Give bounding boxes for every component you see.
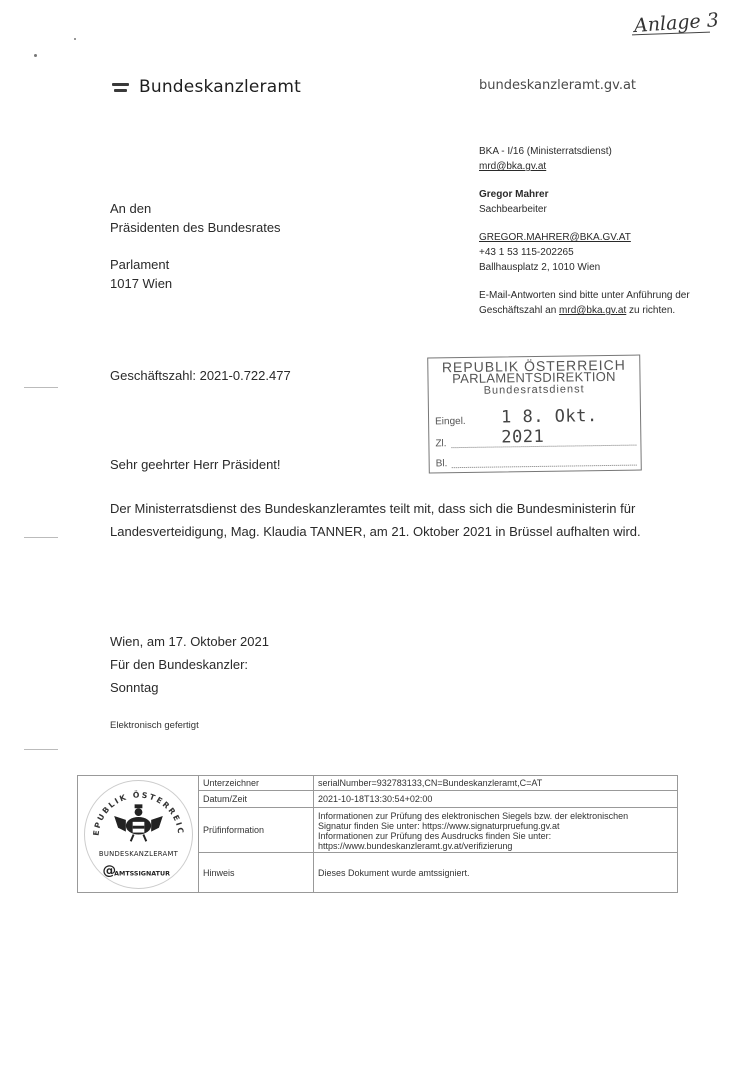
seal-cell: REPUBLIK ÖSTERREICH BUNDESKANZLERAMT @ A… <box>78 776 199 892</box>
electronic-signature-block: REPUBLIK ÖSTERREICH BUNDESKANZLERAMT @ A… <box>77 775 678 893</box>
organization-name: Bundeskanzleramt <box>139 77 301 97</box>
sig-label-datetime: Datum/Zeit <box>199 791 314 808</box>
letterhead-website: bundeskanzleramt.gv.at <box>479 78 636 93</box>
stamp-received-label: Eingel. <box>435 416 466 427</box>
scan-speck <box>74 38 76 40</box>
letterhead-logo: Bundeskanzleramt <box>112 77 301 97</box>
stamp-received-date: 1 8. Okt. 2021 <box>501 406 641 448</box>
signature-info-table: Unterzeichner serialNumber=932783133,CN=… <box>199 776 677 892</box>
reply-note-text-end: zu richten. <box>626 305 675 316</box>
sender-name: Gregor Mahrer <box>479 187 709 202</box>
sig-label-signer: Unterzeichner <box>199 776 314 791</box>
scan-speck <box>34 54 37 57</box>
stamp-dotted-line <box>451 445 636 449</box>
sig-value-signer: serialNumber=932783133,CN=Bundeskanzlera… <box>314 776 677 791</box>
sig-value-datetime: 2021-10-18T13:30:54+02:00 <box>314 791 677 808</box>
closing-block: Wien, am 17. Oktober 2021 Für den Bundes… <box>110 630 269 699</box>
bka-stripes-logo-icon <box>112 83 129 92</box>
austrian-eagle-emblem-icon: REPUBLIK ÖSTERREICH BUNDESKANZLERAMT @ A… <box>84 780 193 889</box>
signatory: Sonntag <box>110 676 269 699</box>
place-date: Wien, am 17. Oktober 2021 <box>110 630 269 653</box>
stamp-dotted-line <box>452 465 637 469</box>
svg-text:AMTSSIGNATUR: AMTSSIGNATUR <box>114 870 170 877</box>
sender-block: BKA - I/16 (Ministerratsdienst) mrd@bka.… <box>479 144 709 318</box>
sender-department: BKA - I/16 (Ministerratsdienst) <box>479 144 709 159</box>
signed-note: Elektronisch gefertigt <box>110 720 199 731</box>
sig-label-note: Hinweis <box>199 853 314 892</box>
verification-line: Informationen zur Prüfung des Ausdrucks … <box>318 831 628 841</box>
recipient-line: 1017 Wien <box>110 274 281 293</box>
sender-email[interactable]: GREGOR.MAHRER@BKA.GV.AT <box>479 230 709 245</box>
fold-mark <box>24 749 58 750</box>
sender-address: Ballhausplatz 2, 1010 Wien <box>479 260 709 275</box>
sig-value-note: Dieses Dokument wurde amtssigniert. <box>314 853 677 892</box>
recipient-line: Präsidenten des Bundesrates <box>110 218 281 237</box>
sender-role: Sachbearbeiter <box>479 202 709 217</box>
svg-text:BUNDESKANZLERAMT: BUNDESKANZLERAMT <box>99 850 179 858</box>
sender-phone: +43 1 53 115-202265 <box>479 245 709 260</box>
stamp-bl-label: Bl. <box>436 458 448 469</box>
reply-note-email[interactable]: mrd@bka.gv.at <box>559 305 626 316</box>
recipient-address: An den Präsidenten des Bundesrates Parla… <box>110 199 281 293</box>
letter-body: Der Ministerratsdienst des Bundeskanzler… <box>110 497 670 543</box>
sig-label-verification: Prüfinformation <box>199 808 314 853</box>
on-behalf-of: Für den Bundeskanzler: <box>110 653 269 676</box>
fold-mark <box>24 537 58 538</box>
sig-value-verification: Informationen zur Prüfung des elektronis… <box>314 808 677 853</box>
verification-line: Signatur finden Sie unter: https://www.s… <box>318 821 628 831</box>
recipient-line: Parlament <box>110 255 281 274</box>
fold-mark <box>24 387 58 388</box>
recipient-line: An den <box>110 199 281 218</box>
reply-note: E-Mail-Antworten sind bitte unter Anführ… <box>479 288 709 318</box>
stamp-zl-label: Zl. <box>435 438 446 449</box>
verification-line: Informationen zur Prüfung des elektronis… <box>318 811 628 821</box>
sender-department-email[interactable]: mrd@bka.gv.at <box>479 159 709 174</box>
stamp-line: Bundesratsdienst <box>429 383 640 398</box>
reference-number: Geschäftszahl: 2021-0.722.477 <box>110 368 291 383</box>
verification-line: https://www.bundeskanzleramt.gv.at/verif… <box>318 841 628 851</box>
received-stamp: REPUBLIK ÖSTERREICH PARLAMENTSDIREKTION … <box>427 355 642 474</box>
salutation: Sehr geehrter Herr Präsident! <box>110 457 281 472</box>
